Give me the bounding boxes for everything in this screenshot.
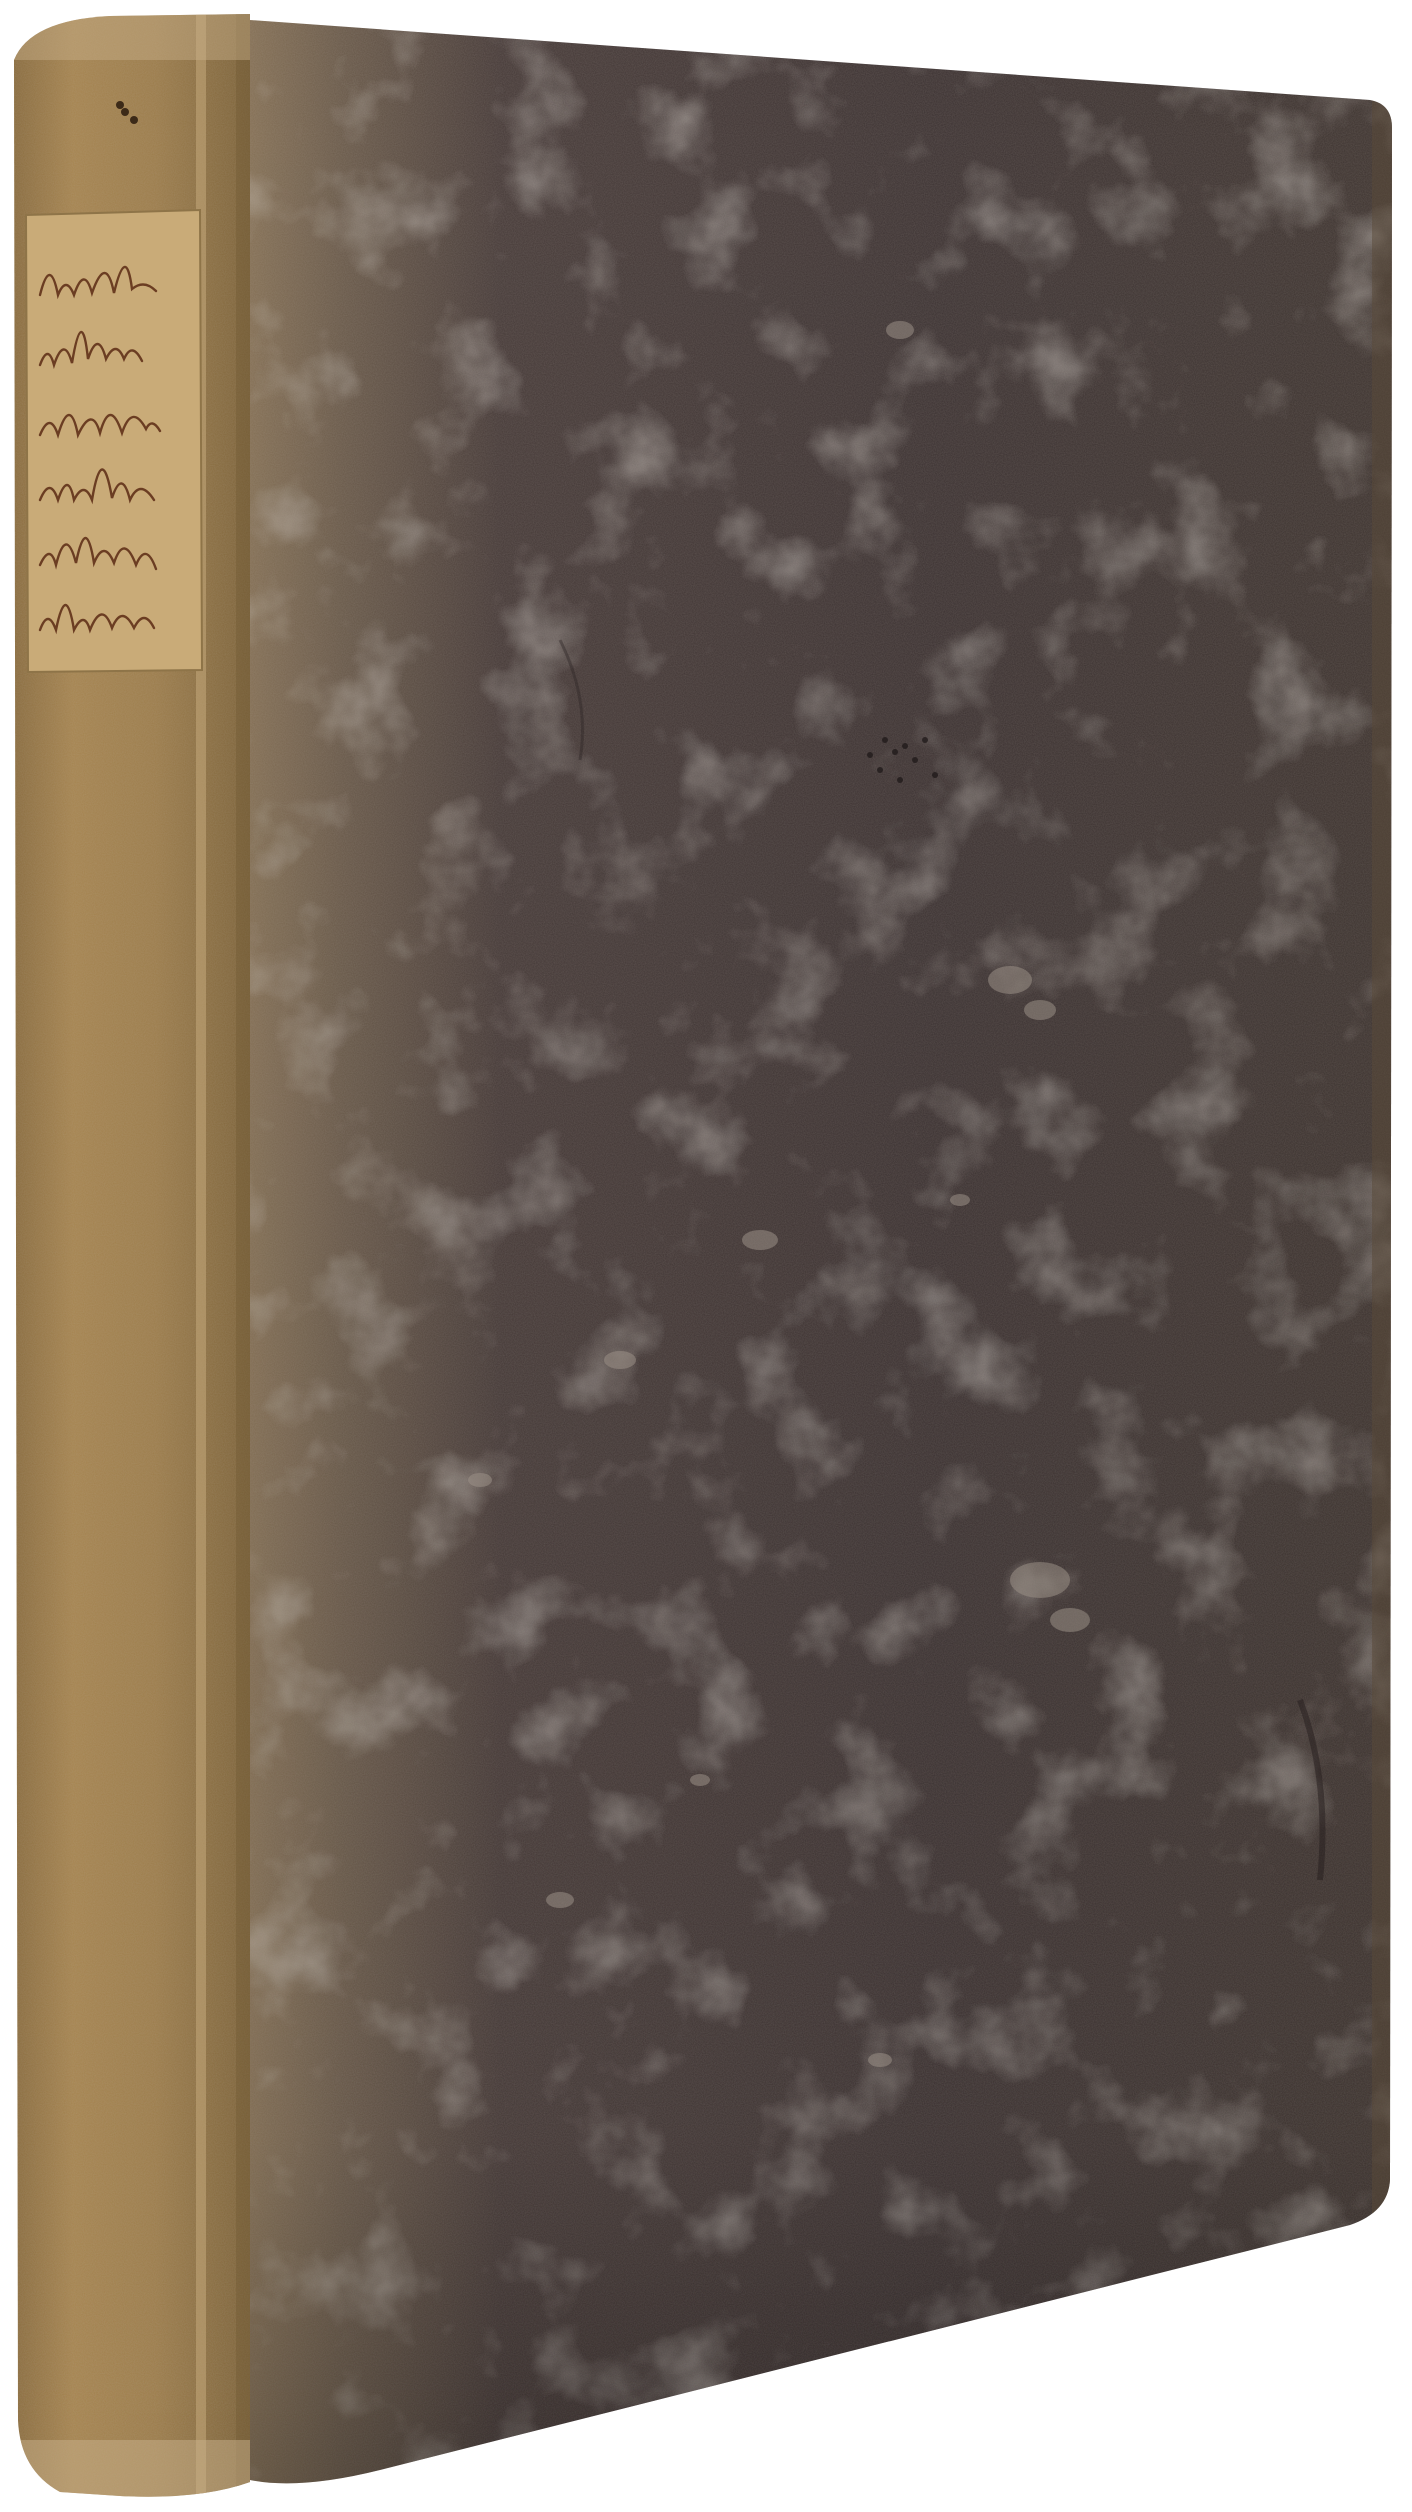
front-cover xyxy=(250,0,1410,2512)
photo-stage: Uebersicht d. Geschichte d. Kirche Basel… xyxy=(0,0,1412,2512)
spine-mark xyxy=(116,101,124,109)
spine-label xyxy=(26,210,202,672)
book-photo xyxy=(0,0,1412,2512)
